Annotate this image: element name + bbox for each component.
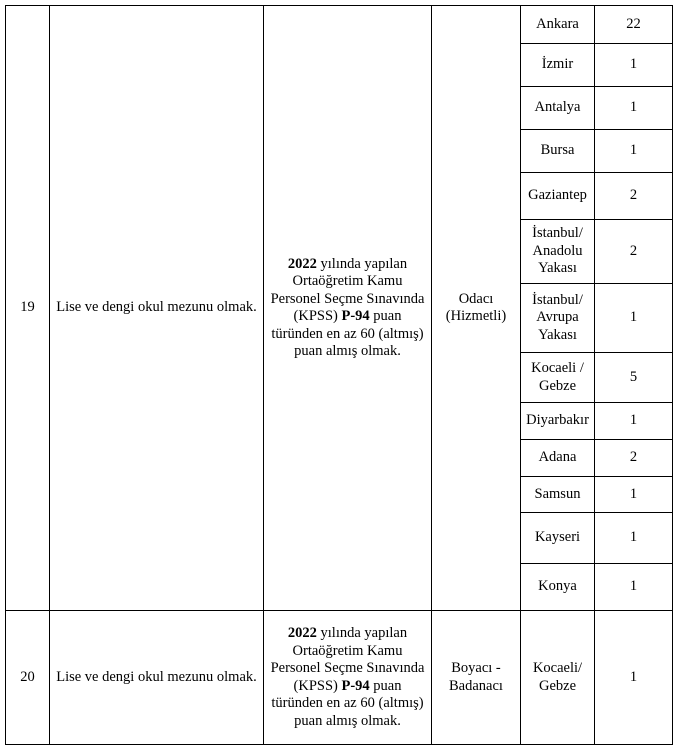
positions-table: 19Lise ve dengi okul mezunu olmak.2022 y… — [5, 5, 673, 745]
position-count: 1 — [595, 477, 673, 513]
kpss-score-type: P-94 — [341, 678, 369, 694]
location-city: Samsun — [521, 477, 595, 513]
location-city: İstanbul/ Avrupa Yakası — [521, 284, 595, 353]
kpss-requirement: 2022 yılında yapılan Ortaöğretim Kamu Pe… — [264, 6, 432, 611]
education-requirement: Lise ve dengi okul mezunu olmak. — [50, 611, 264, 745]
kpss-year: 2022 — [288, 256, 317, 272]
location-city: Kocaeli / Gebze — [521, 353, 595, 403]
table-row: 20Lise ve dengi okul mezunu olmak.2022 y… — [6, 611, 673, 745]
position-count: 1 — [595, 564, 673, 611]
location-city: Ankara — [521, 6, 595, 44]
location-city: İzmir — [521, 44, 595, 87]
position-count: 1 — [595, 87, 673, 130]
location-city: Bursa — [521, 130, 595, 173]
position-count: 22 — [595, 6, 673, 44]
position-count: 1 — [595, 611, 673, 745]
location-city: Adana — [521, 440, 595, 477]
position-count: 2 — [595, 220, 673, 284]
education-requirement: Lise ve dengi okul mezunu olmak. — [50, 6, 264, 611]
kpss-score-type: P-94 — [341, 308, 369, 324]
location-city: İstanbul/ Anadolu Yakası — [521, 220, 595, 284]
location-city: Konya — [521, 564, 595, 611]
table-row: 19Lise ve dengi okul mezunu olmak.2022 y… — [6, 6, 673, 44]
position-count: 1 — [595, 44, 673, 87]
position-title: Odacı (Hizmetli) — [432, 6, 521, 611]
kpss-requirement: 2022 yılında yapılan Ortaöğretim Kamu Pe… — [264, 611, 432, 745]
location-city: Antalya — [521, 87, 595, 130]
kpss-year: 2022 — [288, 625, 317, 641]
location-city: Diyarbakır — [521, 403, 595, 440]
position-count: 2 — [595, 173, 673, 220]
location-city: Gaziantep — [521, 173, 595, 220]
position-count: 1 — [595, 513, 673, 564]
position-count: 1 — [595, 403, 673, 440]
position-count: 1 — [595, 284, 673, 353]
location-city: Kayseri — [521, 513, 595, 564]
row-number: 19 — [6, 6, 50, 611]
position-title: Boyacı - Badanacı — [432, 611, 521, 745]
position-count: 2 — [595, 440, 673, 477]
position-count: 1 — [595, 130, 673, 173]
position-count: 5 — [595, 353, 673, 403]
location-city: Kocaeli/ Gebze — [521, 611, 595, 745]
row-number: 20 — [6, 611, 50, 745]
